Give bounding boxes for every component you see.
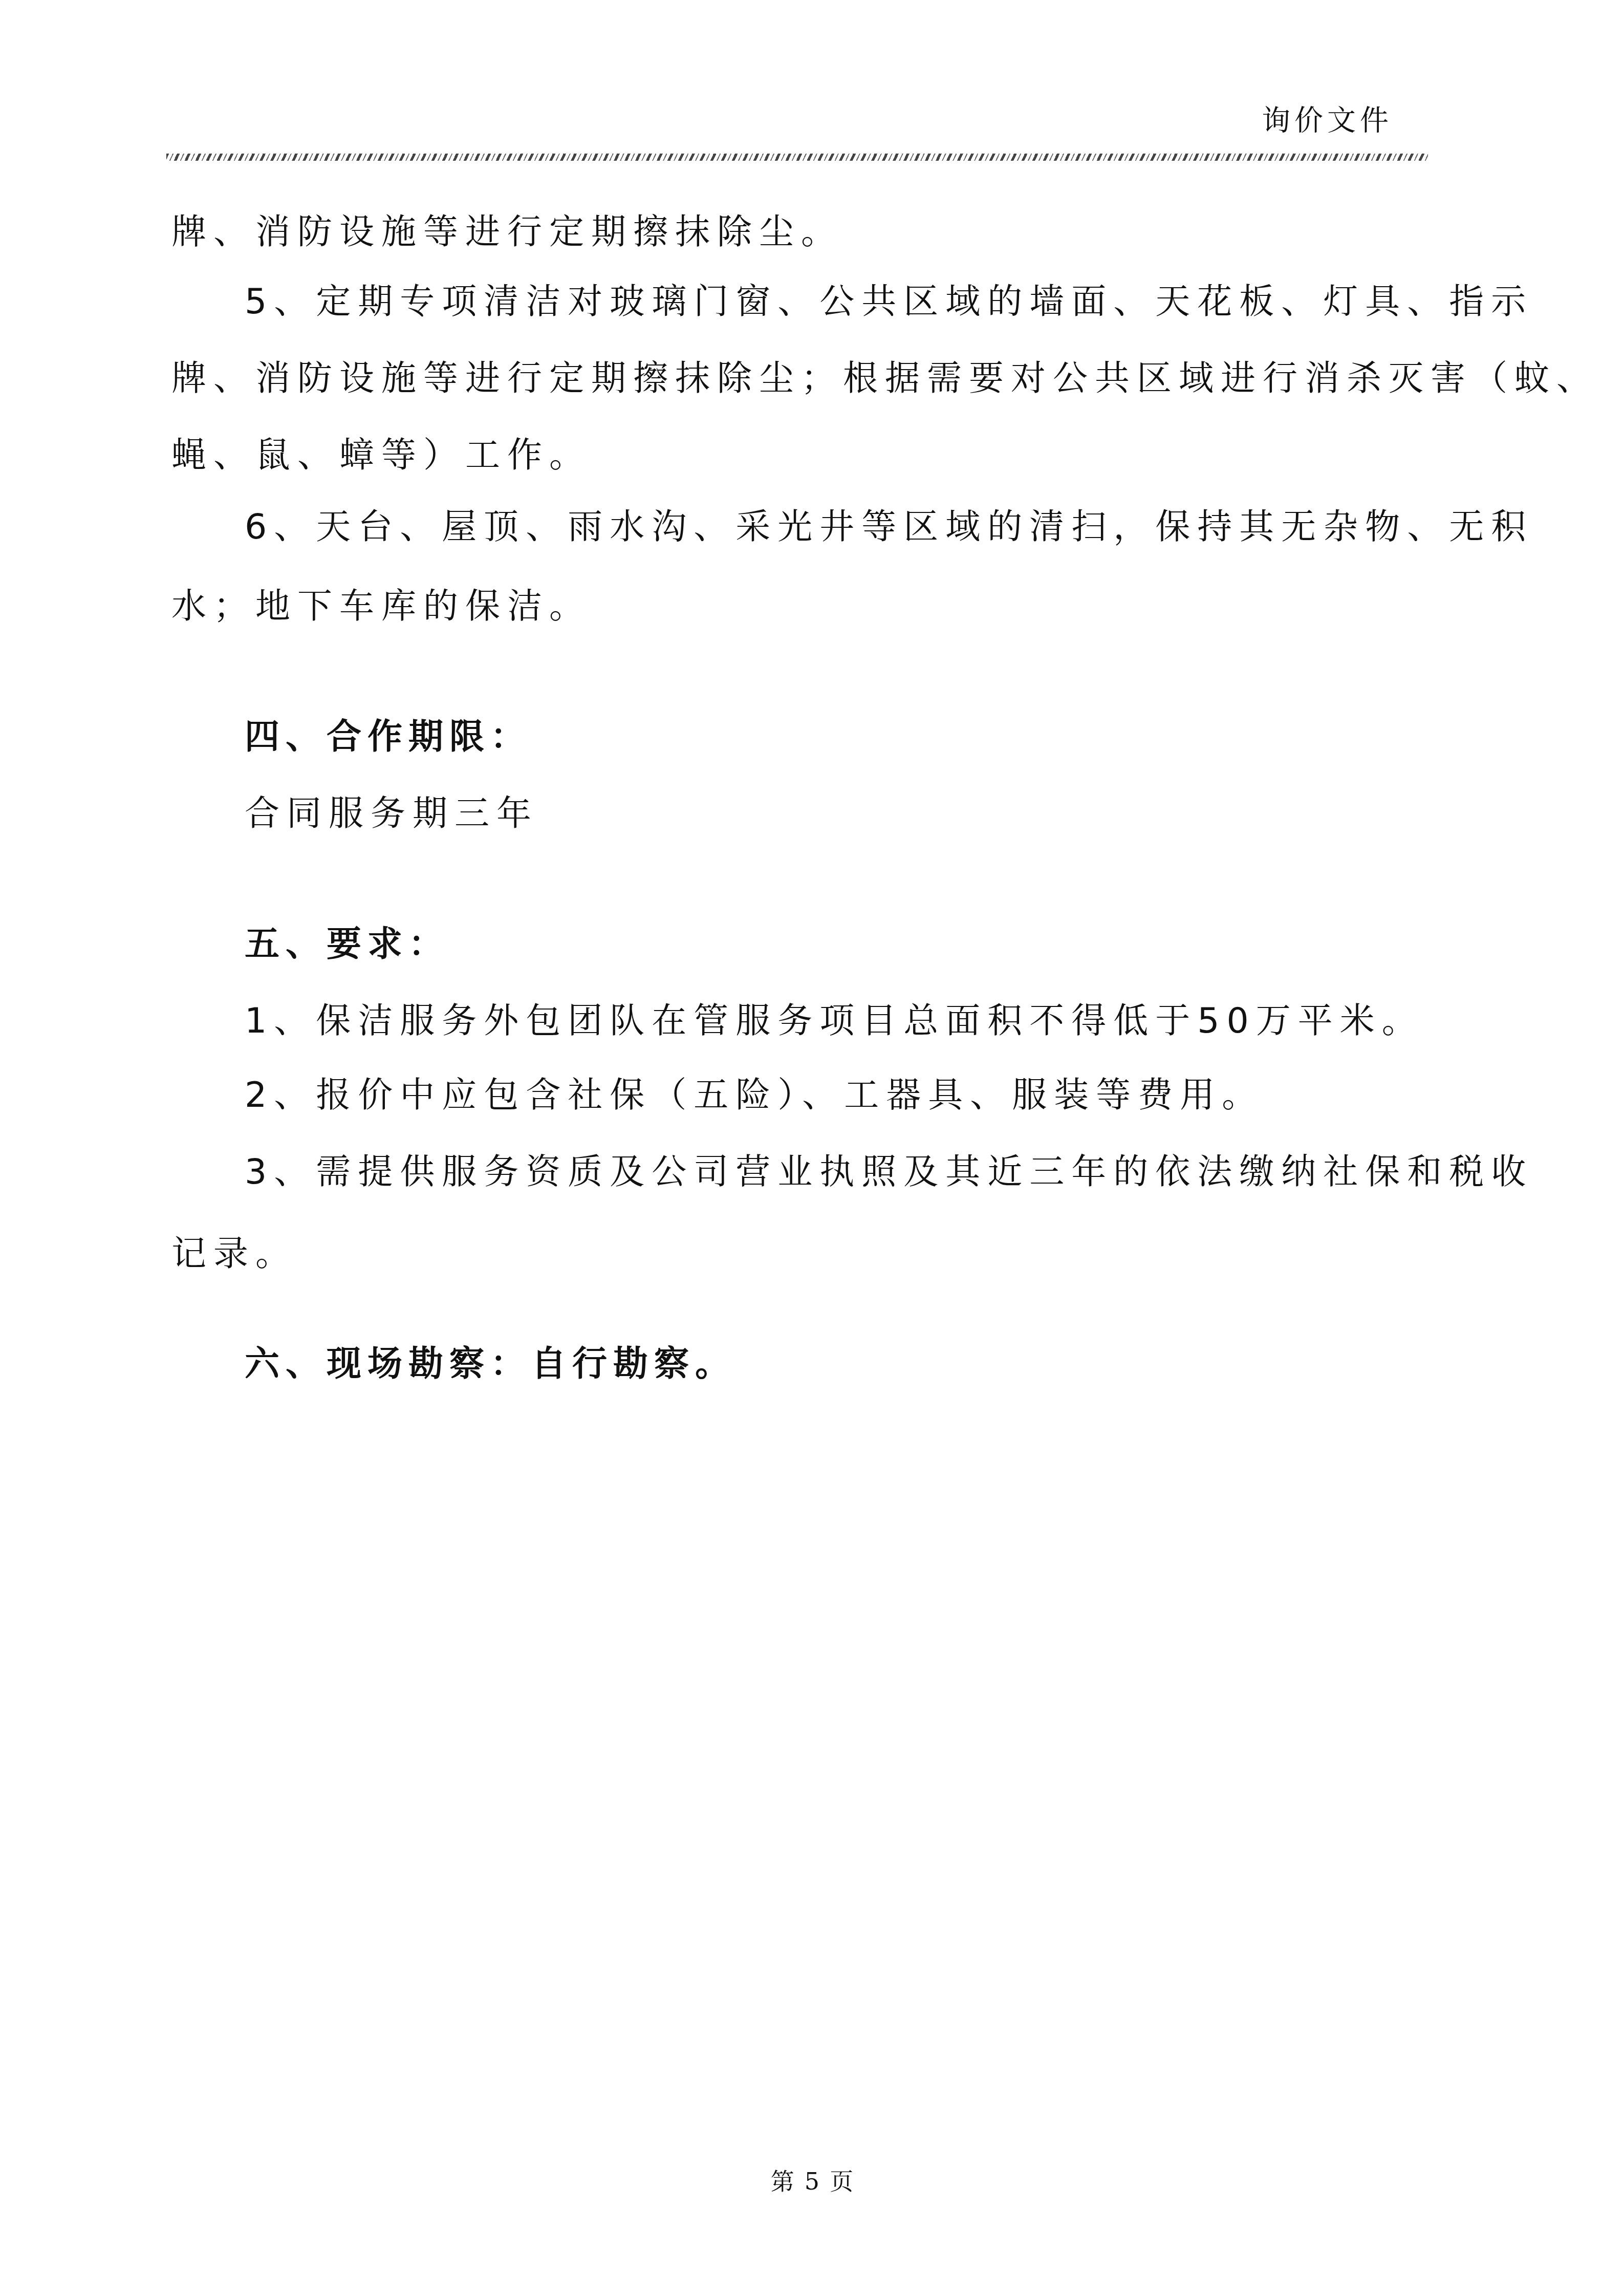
item-5-line-1: 5、定期专项清洁对玻璃门窗、公共区域的墙面、天花板、灯具、指示 bbox=[245, 285, 1533, 319]
item-5-line-2: 牌、消防设施等进行定期擦抹除尘；根据需要对公共区域进行消杀灭害（蚊、 bbox=[171, 361, 1598, 396]
section-4-heading: 四、合作期限： bbox=[245, 720, 531, 755]
page-footer: 第5页 bbox=[0, 2170, 1624, 2193]
section-5-heading: 五、要求： bbox=[245, 927, 449, 962]
item-5-line-3: 蝇、鼠、蟑等）工作。 bbox=[171, 438, 591, 473]
item-6-line-1: 6、天台、屋顶、雨水沟、采光井等区域的清扫，保持其无杂物、无积 bbox=[245, 510, 1533, 545]
page-number: 5 bbox=[805, 2168, 819, 2195]
item-6-line-2: 水；地下车库的保洁。 bbox=[171, 589, 591, 624]
requirement-item: 2、报价中应包含社保（五险）、工器具、服装等费用。 bbox=[245, 1078, 1264, 1113]
document-header-title: 询价文件 bbox=[1262, 106, 1393, 135]
header-divider bbox=[166, 154, 1428, 161]
requirement-item-continuation: 记录。 bbox=[171, 1237, 297, 1272]
section-4-text: 合同服务期三年 bbox=[245, 797, 538, 831]
page-number-suffix: 页 bbox=[830, 2168, 853, 2195]
section-6-heading: 六、现场勘察：自行勘察。 bbox=[245, 1347, 736, 1382]
requirement-item: 3、需提供服务资质及公司营业执照及其近三年的依法缴纳社保和税收 bbox=[245, 1155, 1533, 1190]
continuation-line: 牌、消防设施等进行定期擦抹除尘。 bbox=[171, 215, 843, 250]
requirement-item: 1、保洁服务外包团队在管服务项目总面积不得低于50万平米。 bbox=[245, 1004, 1424, 1039]
page-number-prefix: 第 bbox=[771, 2168, 794, 2195]
